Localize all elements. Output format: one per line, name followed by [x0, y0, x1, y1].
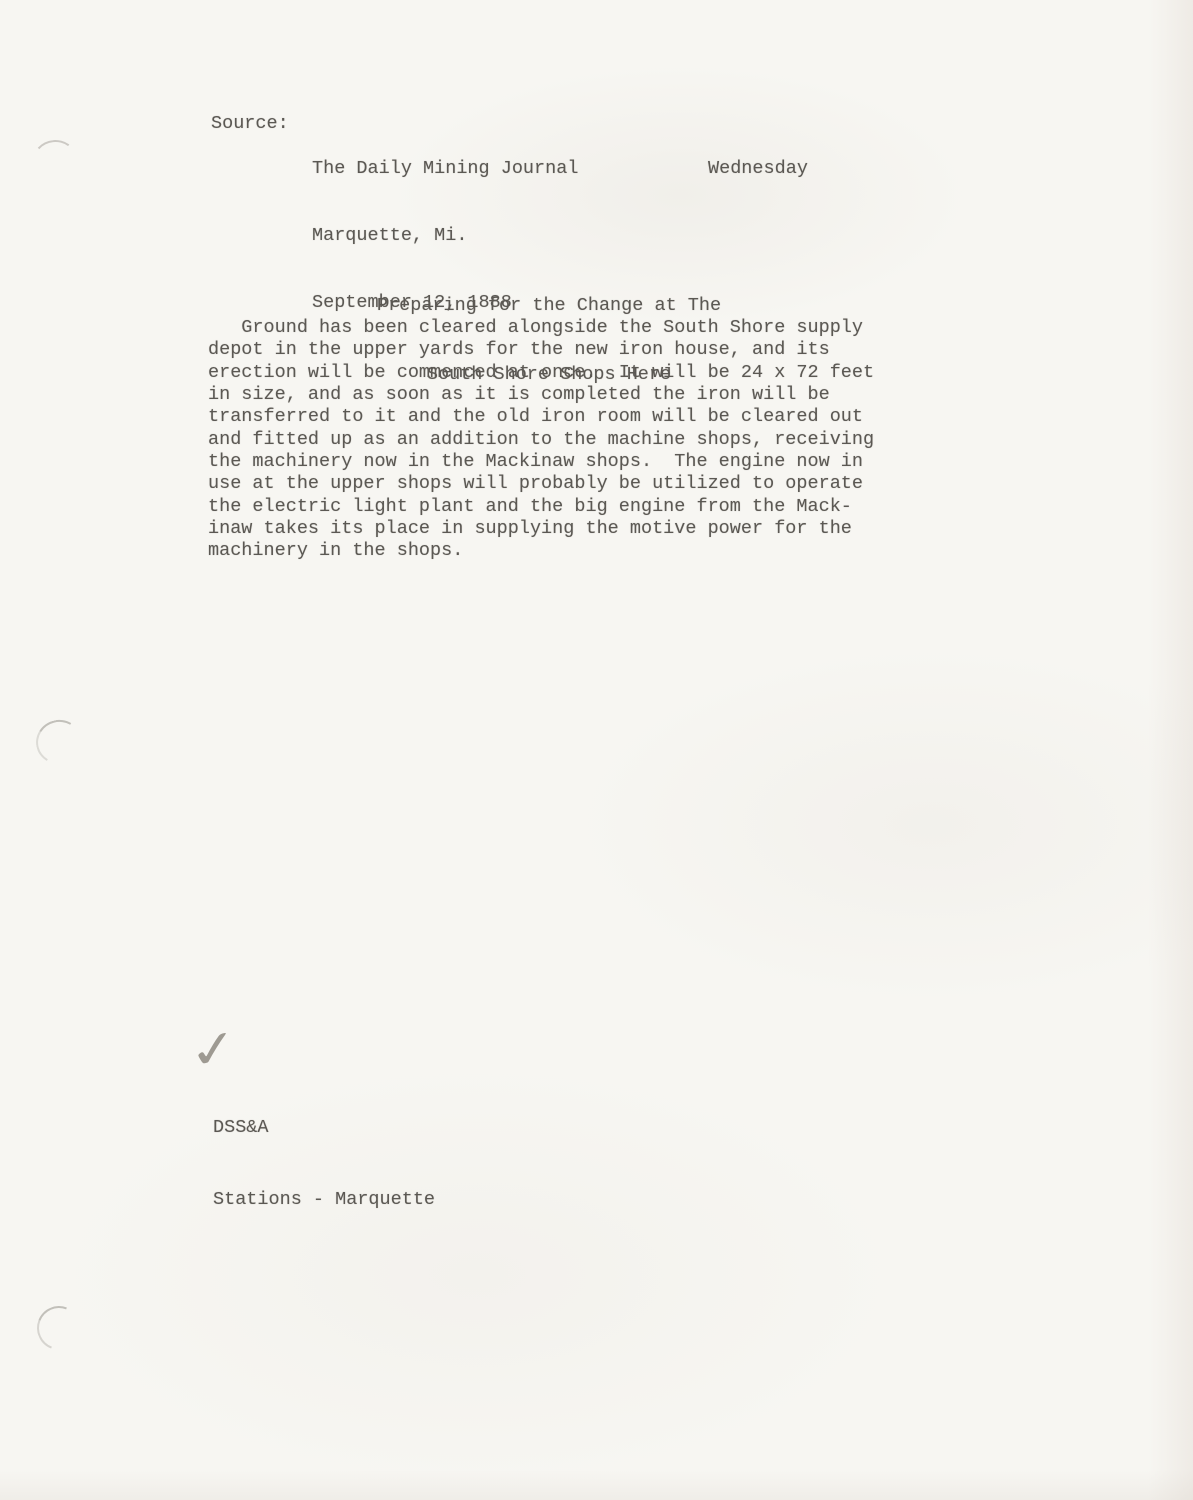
- punch-hole-shadow-top: [31, 138, 79, 182]
- archive-index-railroad: DSS&A: [213, 1116, 435, 1140]
- article-body: Ground has been cleared alongside the So…: [208, 317, 874, 563]
- source-weekday: Wednesday: [708, 158, 808, 180]
- archive-index-subject: Stations - Marquette: [213, 1188, 435, 1212]
- article-title-line-1: Preparing for the Change at The: [0, 294, 1098, 317]
- punch-hole-shadow-bottom: [30, 1299, 88, 1357]
- punch-hole-shadow-middle: [31, 715, 86, 769]
- document-page: Source: The Daily Mining Journal Marquet…: [0, 0, 1193, 1500]
- source-location: Marquette, Mi.: [312, 225, 578, 247]
- source-label: Source:: [211, 113, 289, 135]
- archive-index: DSS&A Stations - Marquette: [213, 1068, 435, 1260]
- source-publication: The Daily Mining Journal: [312, 158, 578, 180]
